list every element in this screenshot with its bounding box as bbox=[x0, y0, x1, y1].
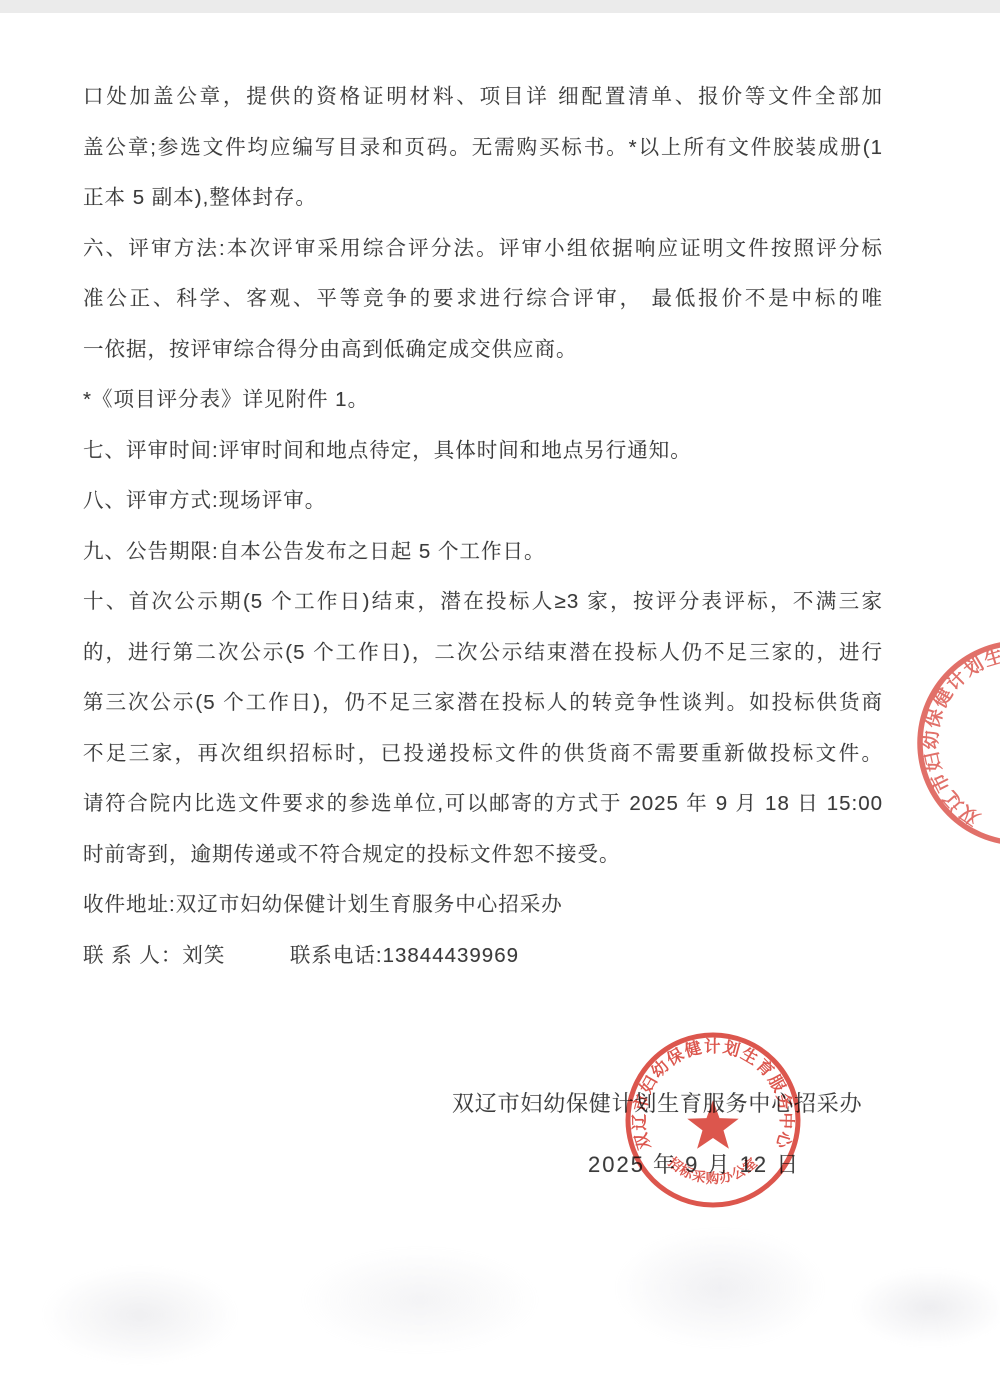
official-stamp: 双辽市妇幼保健计划生育服务中心 招标采购办公室 bbox=[622, 1029, 804, 1211]
document-line: 联 系 人：刘笑 联系电话:13844439969 bbox=[83, 931, 883, 982]
document-line: 不足三家，再次组织招标时，已投递投标文件的供货商不需要重新做投标文件。 bbox=[83, 729, 883, 780]
document-line: 正本 5 副本),整体封存。 bbox=[83, 173, 883, 224]
document-line: *《项目评分表》详见附件 1。 bbox=[83, 375, 883, 426]
document-line: 六、评审方法:本次评审采用综合评分法。评审小组依据响应证明文件按照评分标 bbox=[83, 224, 883, 275]
stamp-star-icon bbox=[687, 1100, 738, 1149]
scan-edge-band bbox=[0, 0, 1000, 13]
svg-text:招标采购办公室: 招标采购办公室 bbox=[664, 1153, 760, 1186]
scan-bleedthrough-noise bbox=[0, 1225, 1000, 1375]
document-line: 收件地址:双辽市妇幼保健计划生育服务中心招采办 bbox=[83, 880, 883, 931]
stamp-bottom-text: 招标采购办公室 bbox=[664, 1153, 760, 1186]
document-line: 八、评审方式:现场评审。 bbox=[83, 476, 883, 527]
document-line: 的，进行第二次公示(5 个工作日)，二次公示结束潜在投标人仍不足三家的，进行 bbox=[83, 628, 883, 679]
document-line: 请符合院内比选文件要求的参选单位,可以邮寄的方式于 2025 年 9 月 18 … bbox=[83, 779, 883, 830]
document-line: 第三次公示(5 个工作日)，仍不足三家潜在投标人的转竞争性谈判。如投标供货商 bbox=[83, 678, 883, 729]
document-line: 口处加盖公章，提供的资格证明材料、项目详 细配置清单、报价等文件全部加 bbox=[83, 72, 883, 123]
document-line: 准公正、科学、客观、平等竞争的要求进行综合评审， 最低报价不是中标的唯 bbox=[83, 274, 883, 325]
document-line: 七、评审时间:评审时间和地点待定，具体时间和地点另行通知。 bbox=[83, 426, 883, 477]
document-body: 口处加盖公章，提供的资格证明材料、项目详 细配置清单、报价等文件全部加盖公章;参… bbox=[83, 72, 883, 981]
document-line: 九、公告期限:自本公告发布之日起 5 个工作日。 bbox=[83, 527, 883, 578]
scanned-document-page: 口处加盖公章，提供的资格证明材料、项目详 细配置清单、报价等文件全部加盖公章;参… bbox=[0, 0, 1000, 1375]
document-line: 十、首次公示期(5 个工作日)结束，潜在投标人≥3 家，按评分表评标，不满三家 bbox=[83, 577, 883, 628]
document-line: 一依据，按评审综合得分由高到低确定成交供应商。 bbox=[83, 325, 883, 376]
document-line: 时前寄到，逾期传递或不符合规定的投标文件恕不接受。 bbox=[83, 830, 883, 881]
document-line: 盖公章;参选文件均应编写目录和页码。无需购买标书。*以上所有文件胶装成册(1 bbox=[83, 123, 883, 174]
